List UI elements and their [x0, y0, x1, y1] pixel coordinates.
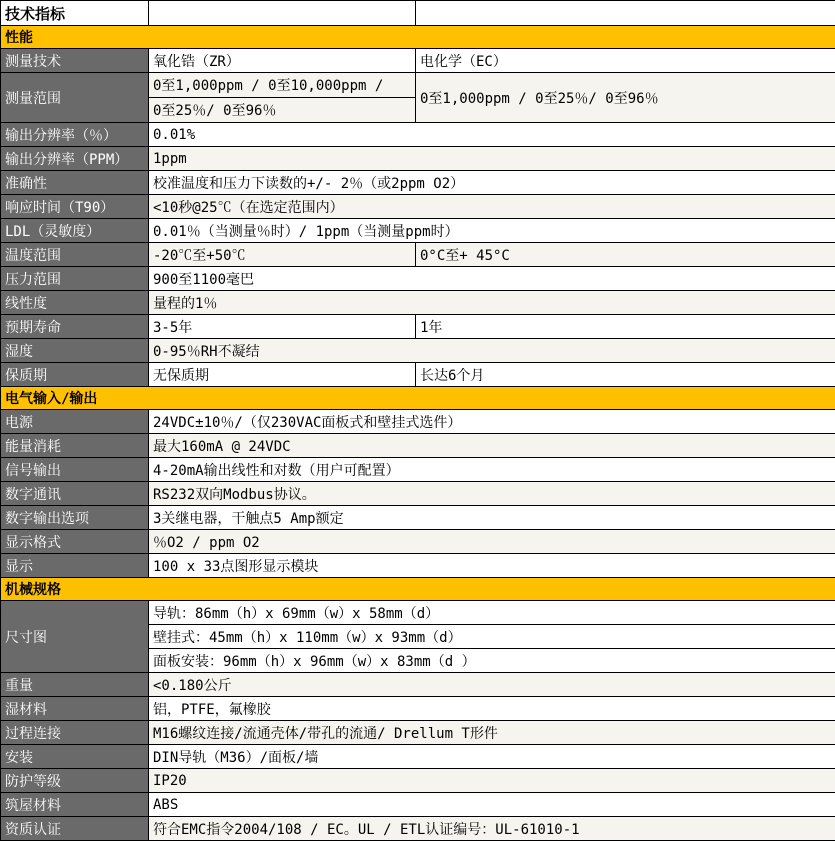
spec-row: LDL（灵敏度） 0.01％（当测量％时）/ 1ppm（当测量ppm时）: [1, 219, 835, 243]
row-label: 测量技术: [1, 49, 149, 73]
spec-row: 筑屋材料 ABS: [1, 793, 835, 817]
spec-table: 技术指标 性能 测量技术 氧化锆（ZR） 电化学（EC） 测量范围 0至1,00…: [0, 0, 835, 841]
row-value: 3关继电器，干触点5 Amp额定: [149, 506, 835, 530]
section-title: 机械规格: [1, 578, 835, 601]
row-value: 量程的1％: [149, 291, 835, 315]
row-label: 保质期: [1, 363, 149, 387]
row-label: 数字输出选项: [1, 506, 149, 530]
spec-row: 保质期 无保质期 长达6个月: [1, 363, 835, 387]
page-title: 技术指标: [1, 1, 149, 26]
row-label: 重量: [1, 673, 149, 697]
spec-row: 过程连接 M16螺纹连接/流通壳体/带孔的流通/ Drellum T形件: [1, 721, 835, 745]
row-value: 0°C至+ 45°C: [416, 243, 835, 267]
spec-row: 输出分辨率（PPM） 1ppm: [1, 147, 835, 171]
row-value: 铝，PTFE，氟橡胶: [149, 697, 835, 721]
row-label: 压力范围: [1, 267, 149, 291]
row-label: 电源: [1, 410, 149, 434]
section-title: 性能: [1, 26, 835, 49]
row-value: 0至1,000ppm / 0至25％/ 0至96％: [416, 73, 835, 123]
spec-row: 显示格式 ％O2 / ppm O2: [1, 530, 835, 554]
row-label: 尺寸图: [1, 601, 149, 673]
row-value: M16螺纹连接/流通壳体/带孔的流通/ Drellum T形件: [149, 721, 835, 745]
spec-row: 电源 24VDC±10％/（仅230VAC面板式和壁挂式选件）: [1, 410, 835, 434]
row-value: 电化学（EC）: [416, 49, 835, 73]
section-title: 电气输入/输出: [1, 387, 835, 410]
row-label: 安装: [1, 745, 149, 769]
row-label: 筑屋材料: [1, 793, 149, 817]
row-value: 0至1,000ppm / 0至10,000ppm /: [149, 73, 416, 98]
spec-row: 温度范围 -20℃至+50℃ 0°C至+ 45°C: [1, 243, 835, 267]
row-label: 数字通讯: [1, 482, 149, 506]
spec-row: 线性度 量程的1％: [1, 291, 835, 315]
spec-sheet: 技术指标 性能 测量技术 氧化锆（ZR） 电化学（EC） 测量范围 0至1,00…: [0, 0, 835, 841]
row-label: 输出分辨率（PPM）: [1, 147, 149, 171]
row-value: 24VDC±10％/（仅230VAC面板式和壁挂式选件）: [149, 410, 835, 434]
row-label: 能量消耗: [1, 434, 149, 458]
row-value: 0.01％（当测量％时）/ 1ppm（当测量ppm时）: [149, 219, 835, 243]
spec-row: 压力范围 900至1100毫巴: [1, 267, 835, 291]
spec-row: 预期寿命 3-5年 1年: [1, 315, 835, 339]
row-value: 导轨：86mm（h）x 69mm（w）x 58mm（d）: [149, 601, 835, 625]
spec-row: 显示 100 x 33点图形显示模块: [1, 554, 835, 578]
spec-row: 资质认证 符合EMC指令2004/108 / EC。UL / ETL认证编号：U…: [1, 817, 835, 841]
row-label: 过程连接: [1, 721, 149, 745]
row-value: 3-5年: [149, 315, 416, 339]
row-value: 0至25％/ 0至96％: [149, 98, 416, 123]
spec-row: 重量 <0.180公斤: [1, 673, 835, 697]
spec-row: 信号输出 4-20mA输出线性和对数（用户可配置）: [1, 458, 835, 482]
spec-row: 测量技术 氧化锆（ZR） 电化学（EC）: [1, 49, 835, 73]
spec-row: 测量范围 0至1,000ppm / 0至10,000ppm / 0至1,000p…: [1, 73, 835, 98]
row-label: LDL（灵敏度）: [1, 219, 149, 243]
row-label: 信号输出: [1, 458, 149, 482]
row-value: <10秒@25℃（在选定范围内）: [149, 195, 835, 219]
row-value: 100 x 33点图形显示模块: [149, 554, 835, 578]
spec-row: 准确性 校准温度和压力下读数的+/- 2％（或2ppm O2）: [1, 171, 835, 195]
row-value: 0-95％RH不凝结: [149, 339, 835, 363]
row-label: 线性度: [1, 291, 149, 315]
row-label: 测量范围: [1, 73, 149, 123]
spec-row: 能量消耗 最大160mA @ 24VDC: [1, 434, 835, 458]
row-value: <0.180公斤: [149, 673, 835, 697]
row-value: RS232双向Modbus协议。: [149, 482, 835, 506]
spec-row: 数字通讯 RS232双向Modbus协议。: [1, 482, 835, 506]
row-value: 无保质期: [149, 363, 416, 387]
row-label: 资质认证: [1, 817, 149, 841]
row-label: 准确性: [1, 171, 149, 195]
section-header-electrical: 电气输入/输出: [1, 387, 835, 410]
row-label: 湿材料: [1, 697, 149, 721]
spec-row: 湿材料 铝，PTFE，氟橡胶: [1, 697, 835, 721]
row-value: 面板安装：96mm（h）x 96mm（w）x 83mm（d ）: [149, 649, 835, 673]
row-value: 长达6个月: [416, 363, 835, 387]
row-label: 显示格式: [1, 530, 149, 554]
row-value: 1年: [416, 315, 835, 339]
row-value: 900至1100毫巴: [149, 267, 835, 291]
header-empty-cell: [149, 1, 416, 26]
spec-row: 响应时间（T90） <10秒@25℃（在选定范围内）: [1, 195, 835, 219]
row-value: 氧化锆（ZR）: [149, 49, 416, 73]
row-label: 防护等级: [1, 769, 149, 793]
row-value: 壁挂式：45mm（h）x 110mm（w）x 93mm（d）: [149, 625, 835, 649]
row-value: ABS: [149, 793, 835, 817]
row-value: 校准温度和压力下读数的+/- 2％（或2ppm O2）: [149, 171, 835, 195]
row-value: 1ppm: [149, 147, 835, 171]
spec-row: 湿度 0-95％RH不凝结: [1, 339, 835, 363]
row-label: 温度范围: [1, 243, 149, 267]
spec-row: 数字输出选项 3关继电器，干触点5 Amp额定: [1, 506, 835, 530]
row-value: 符合EMC指令2004/108 / EC。UL / ETL认证编号：UL-610…: [149, 817, 835, 841]
spec-row: 防护等级 IP20: [1, 769, 835, 793]
spec-row: 尺寸图 导轨：86mm（h）x 69mm（w）x 58mm（d）: [1, 601, 835, 625]
row-label: 显示: [1, 554, 149, 578]
spec-row: 输出分辨率（％） 0.01%: [1, 123, 835, 147]
row-label: 预期寿命: [1, 315, 149, 339]
row-label: 输出分辨率（％）: [1, 123, 149, 147]
section-header-performance: 性能: [1, 26, 835, 49]
header-empty-cell: [416, 1, 835, 26]
row-value: -20℃至+50℃: [149, 243, 416, 267]
table-header-row: 技术指标: [1, 1, 835, 26]
row-label: 湿度: [1, 339, 149, 363]
row-value: ％O2 / ppm O2: [149, 530, 835, 554]
row-label: 响应时间（T90）: [1, 195, 149, 219]
spec-row: 安装 DIN导轨（M36）/面板/墙: [1, 745, 835, 769]
row-value: 最大160mA @ 24VDC: [149, 434, 835, 458]
row-value: IP20: [149, 769, 835, 793]
row-value: 4-20mA输出线性和对数（用户可配置）: [149, 458, 835, 482]
row-value: DIN导轨（M36）/面板/墙: [149, 745, 835, 769]
row-value: 0.01%: [149, 123, 835, 147]
section-header-mechanical: 机械规格: [1, 578, 835, 601]
